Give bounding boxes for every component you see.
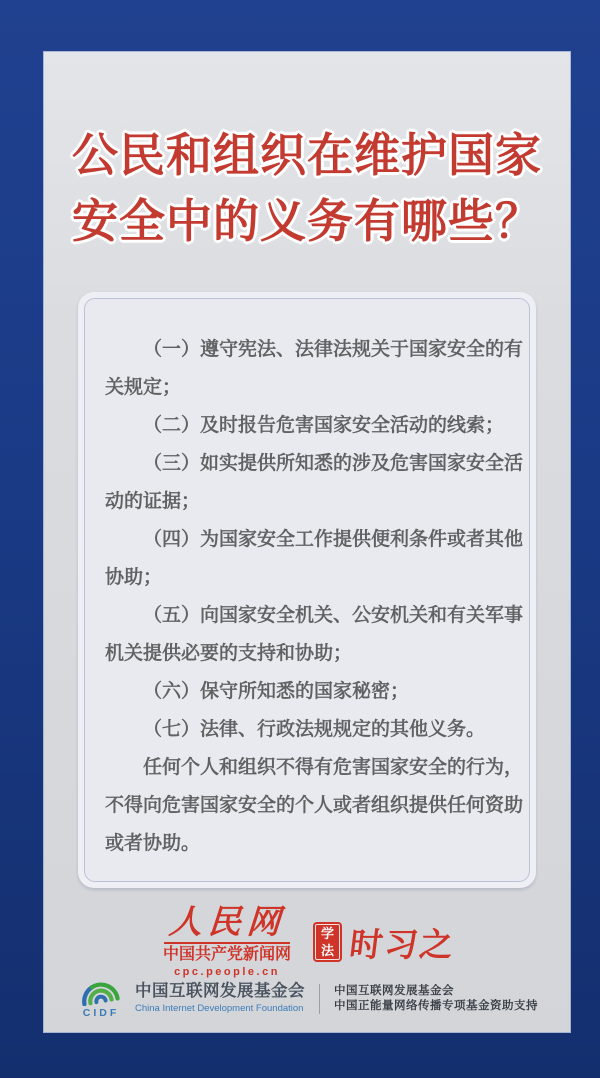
cpc-news-domain: cpc.people.cn xyxy=(174,965,280,979)
peoples-daily-script-icon: 人民网 xyxy=(167,905,287,941)
obligation-item: （一）遵守宪法、法律法规关于国家安全的有关规定； xyxy=(105,331,530,407)
poster-title-line2: 安全中的义务有哪些？ xyxy=(44,188,570,254)
poster-background: 公民和组织在维护国家 安全中的义务有哪些？ （一）遵守宪法、法律法规关于国家安全… xyxy=(0,0,600,1078)
xuefa-char-1: 学 xyxy=(321,925,334,942)
cidf-arcs-icon xyxy=(76,978,126,1006)
obligation-item: （二）及时报告危害国家安全活动的线索； xyxy=(105,407,530,445)
shixizhi-wordmark: 时习之 xyxy=(347,919,458,966)
sponsor-row: CIDF 中国互联网发展基金会 China Internet Developme… xyxy=(44,978,570,1019)
obligation-item: （五）向国家安全机关、公安机关和有关军事机关提供必要的支持和协助； xyxy=(105,597,530,673)
peoples-daily-logo: 人民网 中国共产党新闻网 cpc.people.cn xyxy=(159,905,295,979)
xuefa-badge-icon: 学 法 xyxy=(313,922,342,962)
xuefa-shixizhi-logo: 学 法 时习之 xyxy=(313,919,455,966)
poster-card: 公民和组织在维护国家 安全中的义务有哪些？ （一）遵守宪法、法律法规关于国家安全… xyxy=(44,52,570,1032)
cidf-abbr-label: CIDF xyxy=(83,1007,120,1019)
obligation-item: （四）为国家安全工作提供便利条件或者其他协助； xyxy=(105,521,530,597)
obligation-item: （三）如实提供所知悉的涉及危害国家安全活动的证据； xyxy=(105,445,530,521)
sponsor-support-line1: 中国互联网发展基金会 xyxy=(334,984,538,999)
obligation-item: （六）保守所知悉的国家秘密； xyxy=(105,673,530,711)
peoples-daily-underline xyxy=(164,942,290,944)
cidf-names: 中国互联网发展基金会 China Internet Development Fo… xyxy=(135,982,305,1015)
obligations-list: （一）遵守宪法、法律法规关于国家安全的有关规定；（二）及时报告危害国家安全活动的… xyxy=(84,298,530,882)
obligation-item: （七）法律、行政法规规定的其他义务。 xyxy=(105,711,530,749)
cidf-name-cn: 中国互联网发展基金会 xyxy=(135,982,305,1001)
cpc-news-site-label: 中国共产党新闻网 xyxy=(163,946,291,964)
sponsor-support-line2: 中国正能量网络传播专项基金资助支持 xyxy=(334,999,538,1014)
obligation-item: 任何个人和组织不得有危害国家安全的行为，不得向危害国家安全的个人或者组织提供任何… xyxy=(105,749,530,863)
sponsor-support-text: 中国互联网发展基金会 中国正能量网络传播专项基金资助支持 xyxy=(334,984,538,1014)
sponsor-divider xyxy=(319,984,320,1014)
cidf-logo: CIDF xyxy=(76,978,126,1019)
brand-logo-row: 人民网 中国共产党新闻网 cpc.people.cn 学 法 时习之 xyxy=(44,905,570,979)
cidf-name-en: China Internet Development Foundation xyxy=(135,1003,305,1015)
poster-title-line1: 公民和组织在维护国家 xyxy=(44,122,570,188)
xuefa-char-2: 法 xyxy=(321,942,334,959)
obligations-box: （一）遵守宪法、法律法规关于国家安全的有关规定；（二）及时报告危害国家安全活动的… xyxy=(78,292,536,888)
poster-title: 公民和组织在维护国家 安全中的义务有哪些？ xyxy=(44,122,570,254)
